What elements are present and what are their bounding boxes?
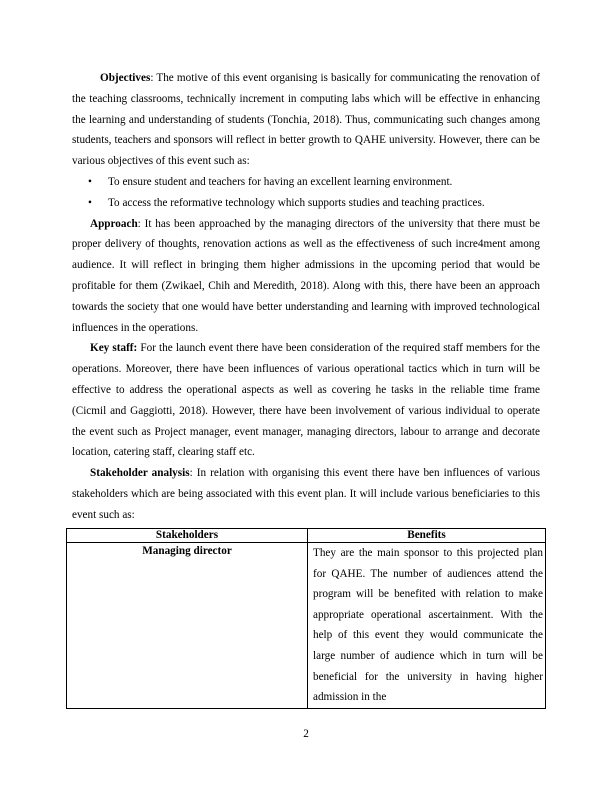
stakeholders-table: Stakeholders Benefits Managing director … <box>66 528 546 709</box>
objectives-text: : The motive of this event organising is… <box>72 72 540 167</box>
benefit-cell: They are the main sponsor to this projec… <box>308 543 546 709</box>
bullet-icon: • <box>88 193 92 214</box>
key-staff-text: For the launch event there have been con… <box>72 342 540 458</box>
table-row: Managing director They are the main spon… <box>67 543 546 709</box>
approach-text: : It has been approached by the managing… <box>72 218 540 334</box>
approach-paragraph: Approach: It has been approached by the … <box>72 214 540 339</box>
table-header-row: Stakeholders Benefits <box>67 529 546 543</box>
list-item: •To ensure student and teachers for havi… <box>72 172 540 193</box>
bullet-icon: • <box>88 172 92 193</box>
list-item: •To access the reformative technology wh… <box>72 193 540 214</box>
approach-heading: Approach <box>90 218 138 230</box>
stakeholder-cell: Managing director <box>67 543 308 709</box>
key-staff-paragraph: Key staff: For the launch event there ha… <box>72 338 540 463</box>
objectives-paragraph: Objectives: The motive of this event org… <box>72 68 540 172</box>
column-header-benefits: Benefits <box>308 529 546 543</box>
objectives-heading: Objectives <box>100 72 150 84</box>
page-number: 2 <box>0 728 612 740</box>
stakeholder-analysis-paragraph: Stakeholder analysis: In relation with o… <box>72 463 540 525</box>
objectives-list: •To ensure student and teachers for havi… <box>72 172 540 214</box>
document-page: Objectives: The motive of this event org… <box>72 68 540 526</box>
column-header-stakeholders: Stakeholders <box>67 529 308 543</box>
key-staff-heading: Key staff: <box>90 342 137 354</box>
stakeholder-analysis-heading: Stakeholder analysis <box>90 467 190 479</box>
